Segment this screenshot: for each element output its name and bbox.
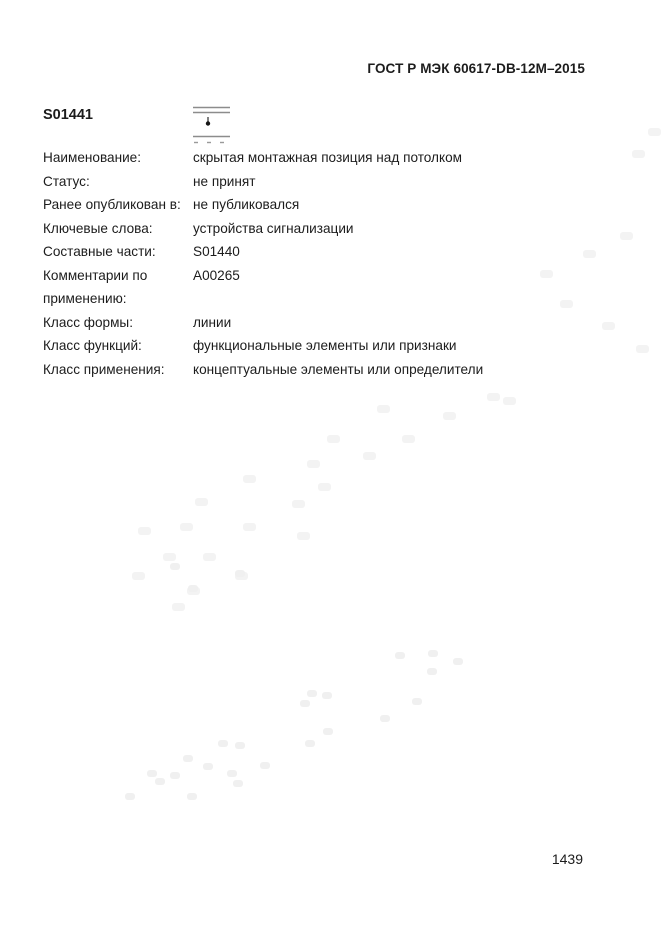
document-header: ГОСТ Р МЭК 60617-DB-12M–2015 [367,61,585,76]
field-value: S01440 [193,240,583,264]
field-value: A00265 [193,264,583,288]
field-label: Статус: [43,170,193,194]
field-label: Ключевые слова: [43,217,193,241]
page-number: 1439 [552,851,583,867]
field-label: Класс формы: [43,311,193,335]
field-row: Составные части: S01440 [43,240,583,264]
watermark-blob-layer [0,0,13,8]
field-value: не принят [193,170,583,194]
field-label: Класс функций: [43,334,193,358]
field-row: Класс применения: концептуальные элемент… [43,358,583,382]
field-row: Класс формы: линии [43,311,583,335]
field-label: Комментарии по применению: [43,264,193,311]
field-value: скрытая монтажная позиция над потолком [193,146,583,170]
field-label: Наименование: [43,146,193,170]
field-value: не публиковался [193,193,583,217]
field-value: концептуальные элементы или определители [193,358,583,382]
field-row: Наименование: скрытая монтажная позиция … [43,146,583,170]
iec-symbol-icon [192,104,232,146]
field-label: Класс применения: [43,358,193,382]
field-row: Комментарии по применению: A00265 [43,264,583,311]
field-value: линии [193,311,583,335]
entry-id: S01441 [43,107,93,123]
field-row: Статус: не принят [43,170,583,194]
field-label: Составные части: [43,240,193,264]
field-row: Ключевые слова: устройства сигнализации [43,217,583,241]
field-value: функциональные элементы или признаки [193,334,583,358]
field-row: Класс функций: функциональные элементы и… [43,334,583,358]
field-label: Ранее опубликован в: [43,193,193,217]
field-value: устройства сигнализации [193,217,583,241]
fields-list: Наименование: скрытая монтажная позиция … [43,146,583,381]
document-page: ГОСТ Р МЭК 60617-DB-12M–2015 S01441 Наим… [0,0,661,936]
field-row: Ранее опубликован в: не публиковался [43,193,583,217]
watermark-blob-layer [0,0,10,7]
